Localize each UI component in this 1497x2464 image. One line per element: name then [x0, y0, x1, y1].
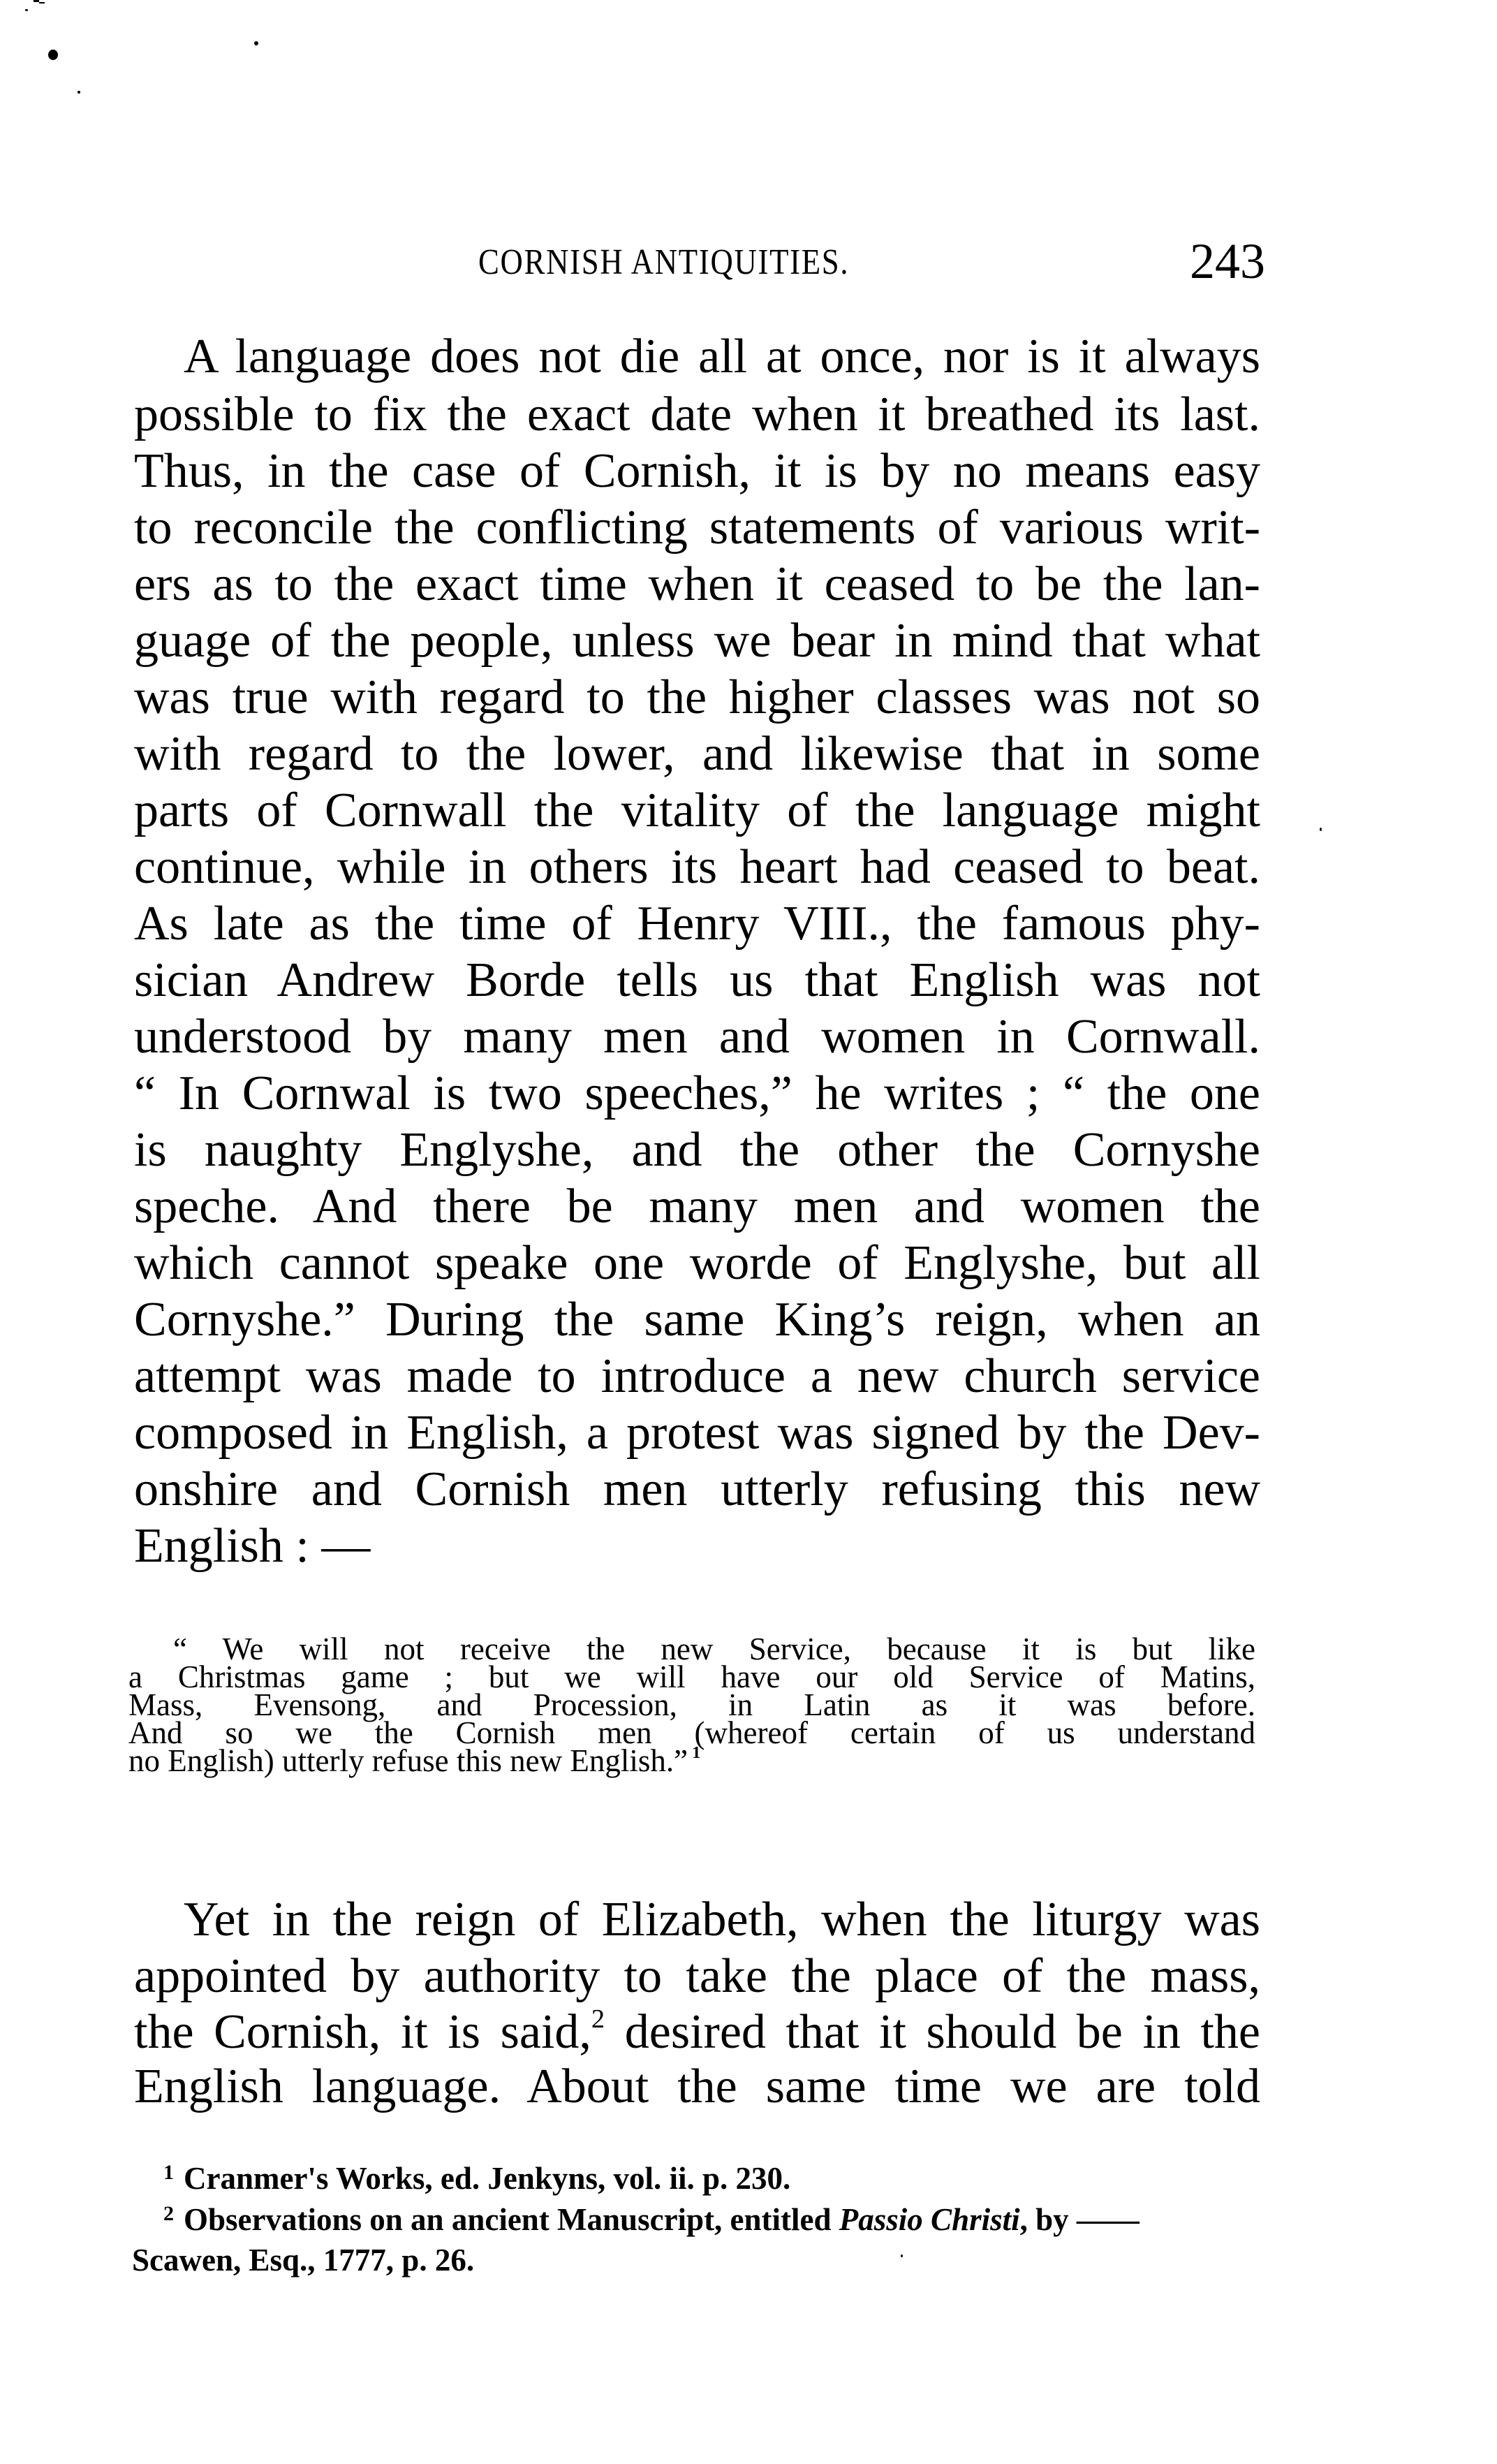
- footnote-ref-1[interactable]: 1: [692, 1743, 700, 1762]
- footnote-mark: 1: [163, 2161, 174, 2184]
- text-line: with regard to the lower, and likewise t…: [134, 726, 1260, 783]
- text-line: English language. About the same time we…: [134, 2058, 1260, 2115]
- footnote-ref-2[interactable]: 2: [591, 2004, 605, 2034]
- text-line: onshire and Cornish men utterly refusing…: [134, 1461, 1260, 1518]
- text-line: Thus, in the case of Cornish, it is by n…: [134, 443, 1260, 500]
- quote-line: Mass, Evensong, and Procession, in Latin…: [128, 1691, 1255, 1719]
- text-line: appointed by authority to take the place…: [134, 1948, 1260, 2005]
- quote-line: And so we the Cornish men (whereof certa…: [128, 1719, 1255, 1747]
- footnote-text: , by ——: [1020, 2202, 1140, 2237]
- text-line: which cannot speake one worde of Englysh…: [134, 1235, 1260, 1292]
- scan-speck: [39, 2, 45, 3]
- footnote-text: Cranmer's Works, ed. Jenkyns, vol. ii. p…: [184, 2161, 790, 2196]
- text-line: parts of Cornwall the vitality of the la…: [134, 782, 1260, 839]
- running-title: CORNISH ANTIQUITIES.: [478, 242, 849, 284]
- quote-line: a Christmas game ; but we will have our …: [128, 1663, 1255, 1691]
- book-page: CORNISH ANTIQUITIES. 243 A language does…: [0, 0, 1497, 2464]
- text-line: the Cornish, it is said,2 desired that i…: [134, 2004, 1260, 2061]
- scan-speck: [1320, 828, 1322, 831]
- text-line: “ In Cornwal is two speeches,” he writes…: [134, 1065, 1260, 1122]
- footnote-text: Observations on an ancient Manuscript, e…: [184, 2202, 839, 2237]
- footnote-2: 2Observations on an ancient Manuscript, …: [163, 2199, 1284, 2240]
- scan-speck: [34, 0, 39, 2]
- text-line: understood by many men and women in Corn…: [134, 1009, 1260, 1066]
- scan-speck: [78, 91, 80, 94]
- scan-speck: [254, 41, 258, 45]
- text-line: ers as to the exact time when it ceased …: [134, 556, 1260, 613]
- text-segment: desired that it should be in the: [625, 2005, 1260, 2059]
- footnote-mark: 2: [163, 2202, 174, 2225]
- text-line: English : —: [134, 1518, 1260, 1575]
- text-line: to reconcile the conflicting statements …: [134, 499, 1260, 557]
- footnote-2-continuation: Scawen, Esq., 1777, p. 26.: [132, 2240, 1253, 2280]
- scan-speck: [48, 50, 58, 60]
- text-line: possible to fix the exact date when it b…: [134, 386, 1260, 443]
- text-line: was true with regard to the higher class…: [134, 669, 1260, 726]
- text-line: continue, while in others its heart had …: [134, 839, 1260, 896]
- text-line: composed in English, a protest was signe…: [134, 1405, 1260, 1462]
- text-line: sician Andrew Borde tells us that Englis…: [134, 952, 1260, 1009]
- text-line: is naughty Englyshe, and the other the C…: [134, 1122, 1260, 1179]
- text-segment: the Cornish, it is said,: [134, 2005, 591, 2059]
- text-line: A language does not die all at once, nor…: [184, 328, 1260, 386]
- text-line: Yet in the reign of Elizabeth, when the …: [184, 1891, 1260, 1949]
- page-number: 243: [1190, 233, 1265, 289]
- text-line: guage of the people, unless we bear in m…: [134, 613, 1260, 670]
- quote-line: no English) utterly refuse this new Engl…: [128, 1747, 1255, 1775]
- text-line: attempt was made to introduce a new chur…: [134, 1348, 1260, 1405]
- footnote-italic-title: Passio Christi: [839, 2202, 1020, 2237]
- text-line: speche. And there be many men and women …: [134, 1178, 1260, 1235]
- text-line: Cornyshe.” During the same King’s reign,…: [134, 1291, 1260, 1349]
- footnote-1: 1Cranmer's Works, ed. Jenkyns, vol. ii. …: [163, 2158, 1284, 2199]
- quote-text: no English) utterly refuse this new Engl…: [128, 1743, 688, 1778]
- text-line: As late as the time of Henry VIII., the …: [134, 895, 1260, 953]
- quote-line: “ We will not receive the new Service, b…: [173, 1635, 1255, 1663]
- scan-speck: [25, 9, 28, 11]
